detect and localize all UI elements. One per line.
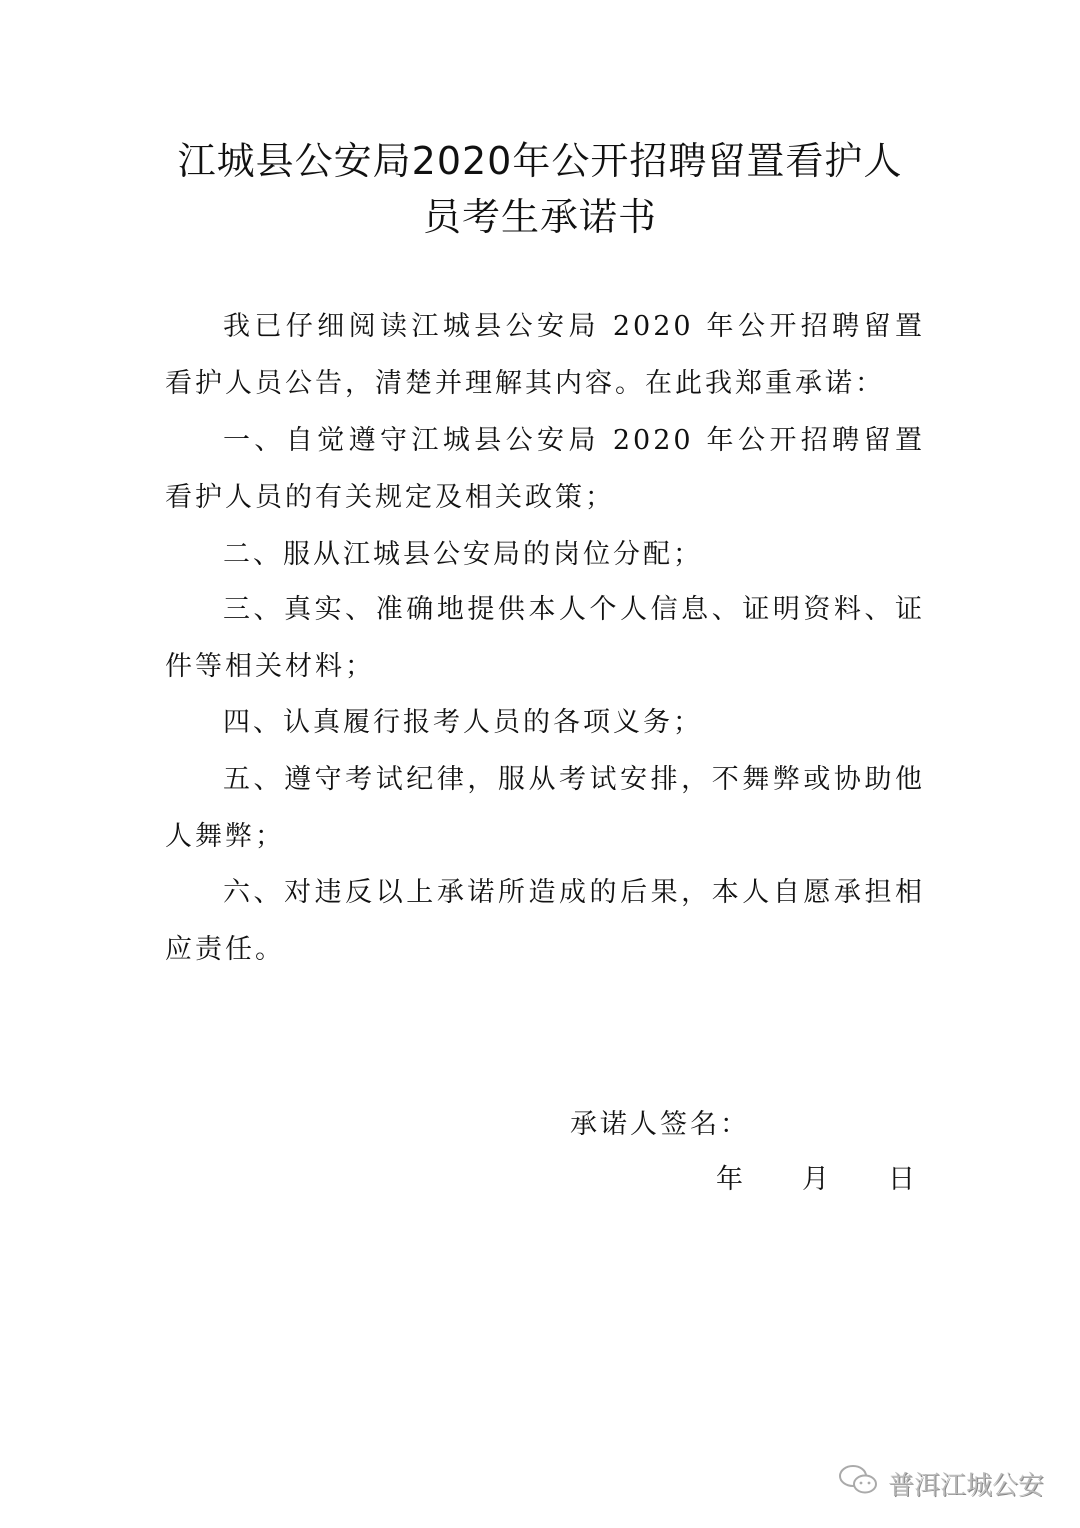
pledge-item-2: 二、服从江城县公安局的岗位分配； [165, 526, 925, 583]
intro-paragraph: 我已仔细阅读江城县公安局 2020 年公开招聘留置看护人员公告，清楚并理解其内容… [165, 298, 925, 412]
pledge-item-3: 三、真实、准确地提供本人个人信息、证明资料、证件等相关材料； [165, 581, 925, 695]
pledge-item-5: 五、遵守考试纪律，服从考试安排，不舞弊或协助他人舞弊； [165, 751, 925, 865]
date-day: 日 [888, 1157, 918, 1196]
pledge-item-6: 六、对违反以上承诺所造成的后果，本人自愿承担相应责任。 [165, 864, 925, 978]
title-line-1: 江城县公安局2020年公开招聘留置看护人 [150, 130, 930, 192]
date-year: 年 [716, 1157, 746, 1196]
pledge-item-4: 四、认真履行报考人员的各项义务； [165, 694, 925, 751]
watermark: 普洱江城公安 [838, 1463, 1044, 1504]
watermark-text: 普洱江城公安 [888, 1465, 1044, 1502]
signature-label: 承诺人签名： [570, 1102, 750, 1141]
date-month: 月 [802, 1157, 832, 1196]
wechat-icon [838, 1463, 880, 1504]
title-line-2: 员考生承诺书 [150, 186, 930, 248]
pledge-item-1: 一、自觉遵守江城县公安局 2020 年公开招聘留置看护人员的有关规定及相关政策； [165, 412, 925, 526]
